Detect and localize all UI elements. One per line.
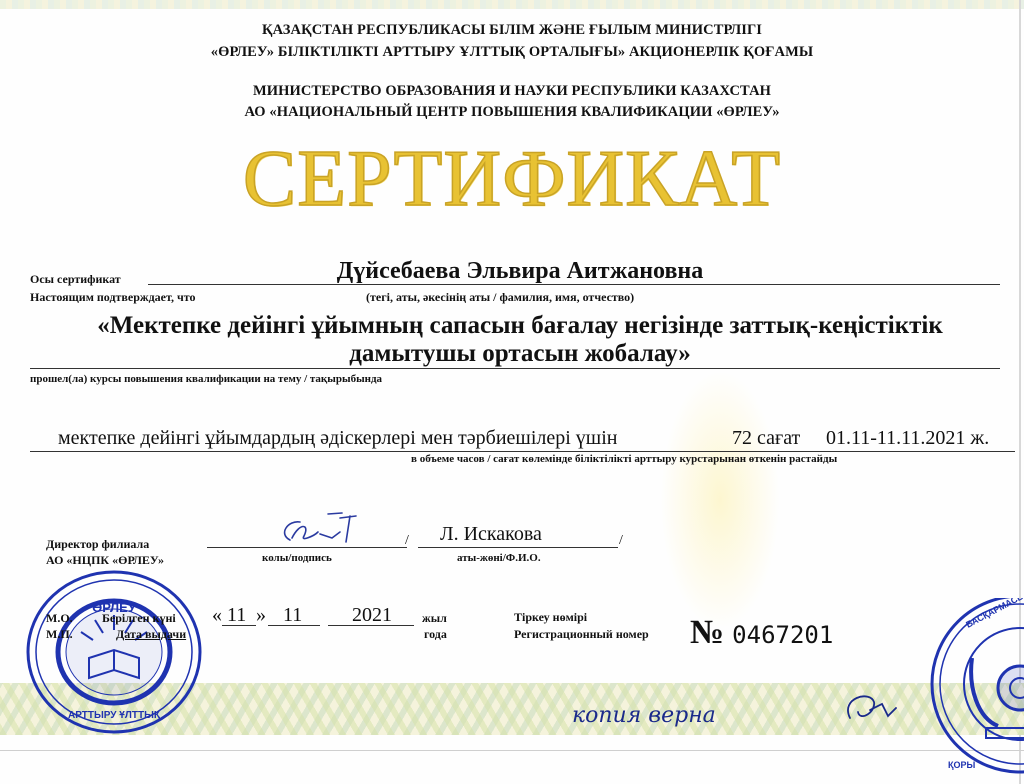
signer-name-line: [418, 547, 618, 548]
issue-year-line: [328, 625, 414, 626]
course-topic-caption: прошел(ла) курсы повышения квалификации …: [30, 373, 382, 385]
bottom-divider: [0, 750, 1024, 751]
registration-label-ru: Регистрационный номер: [514, 627, 649, 642]
svg-text:БАСҚАРМАСЫНЫҢ: БАСҚАРМАСЫНЫҢ: [964, 598, 1024, 630]
year-label-kz: жыл: [422, 611, 447, 626]
copy-note-text: копия верна: [572, 703, 716, 728]
organization-stamp: ӨРЛЕУ АРТТЫРУ ҰЛТТЫҚ: [25, 570, 203, 735]
signature-slash-2: /: [619, 533, 623, 549]
quote-close: »: [256, 604, 266, 627]
quote-open: «: [212, 604, 222, 627]
kindergarten-stamp: БАСҚАРМАСЫНЫҢ ҚОРЫ: [908, 598, 1024, 778]
course-audience: мектепке дейінгі ұйымдардың әдіскерлері …: [58, 427, 617, 450]
recipient-label-ru: Настоящим подтверждает, что: [30, 290, 196, 305]
header-ru-organization: АО «НАЦИОНАЛЬНЫЙ ЦЕНТР ПОВЫШЕНИЯ КВАЛИФИ…: [0, 104, 1024, 121]
registration-number: 0467201: [732, 621, 833, 649]
handwritten-copy-note: копия верна: [570, 688, 900, 738]
top-ornament-band: [0, 0, 1024, 9]
recipient-name: Дүйсебаева Эльвира Аитжановна: [0, 258, 1024, 285]
issue-day: 11: [227, 604, 246, 627]
course-topic-line: [30, 368, 1000, 369]
header-kz-ministry: ҚАЗАҚСТАН РЕСПУБЛИКАСЫ БІЛІМ ЖӘНЕ ҒЫЛЫМ …: [0, 22, 1024, 39]
director-signature: [270, 512, 370, 550]
gold-watermark: [660, 370, 780, 630]
certificate-page: ҚАЗАҚСТАН РЕСПУБЛИКАСЫ БІЛІМ ЖӘНЕ ҒЫЛЫМ …: [0, 0, 1024, 784]
course-period: 01.11-11.11.2021 ж.: [826, 427, 989, 450]
header-ru-ministry: МИНИСТЕРСТВО ОБРАЗОВАНИЯ И НАУКИ РЕСПУБЛ…: [0, 83, 1024, 100]
stamp-place-ru: М.П.: [46, 627, 73, 642]
recipient-name-caption: (тегі, аты, әкесінің аты / фамилия, имя,…: [366, 290, 634, 305]
stamp-place-kz: М.О.: [46, 611, 73, 626]
issue-year: 2021: [352, 604, 392, 627]
signature-slash-1: /: [405, 533, 409, 549]
header-kz-organization: «ӨРЛЕУ» БІЛІКТІЛІКТІ АРТТЫРУ ҰЛТТЫҚ ОРТА…: [0, 44, 1024, 61]
registration-number-block: №0467201: [690, 614, 833, 652]
course-topic-line2: дамытушы ортасын жобалау»: [30, 340, 1010, 368]
issue-date-label-kz: Берілген күні: [102, 611, 176, 626]
issue-month-line: [268, 625, 320, 626]
svg-text:АРТТЫРУ ҰЛТТЫҚ: АРТТЫРУ ҰЛТТЫҚ: [68, 710, 161, 721]
signer-position-line2: АО «НЦПК «ӨРЛЕУ»: [46, 553, 164, 568]
issue-month: 11: [283, 604, 302, 627]
signature-caption: колы/подпись: [262, 552, 332, 564]
signer-name: Л. Искакова: [440, 523, 542, 546]
certificate-title: СЕРТИФИКАТ: [0, 134, 1024, 224]
year-label-ru: года: [424, 627, 447, 642]
signer-position-line1: Директор филиала: [46, 537, 149, 552]
course-hours-caption: в объеме часов / сағат көлемінде білікті…: [411, 453, 837, 465]
course-topic-line1: «Мектепке дейінгі ұйымның сапасын бағала…: [30, 312, 1010, 340]
signer-name-caption: аты-жөні/Ф.И.О.: [457, 552, 541, 564]
issue-date-label-ru: Дата выдачи: [116, 627, 186, 642]
svg-text:ҚОРЫ: ҚОРЫ: [948, 760, 975, 770]
registration-label-kz: Тіркеу нөмірі: [514, 610, 587, 625]
number-sign: №: [690, 614, 724, 651]
course-audience-line: [30, 451, 1015, 452]
course-hours: 72 сағат: [732, 427, 800, 450]
issue-day-line: [222, 625, 256, 626]
